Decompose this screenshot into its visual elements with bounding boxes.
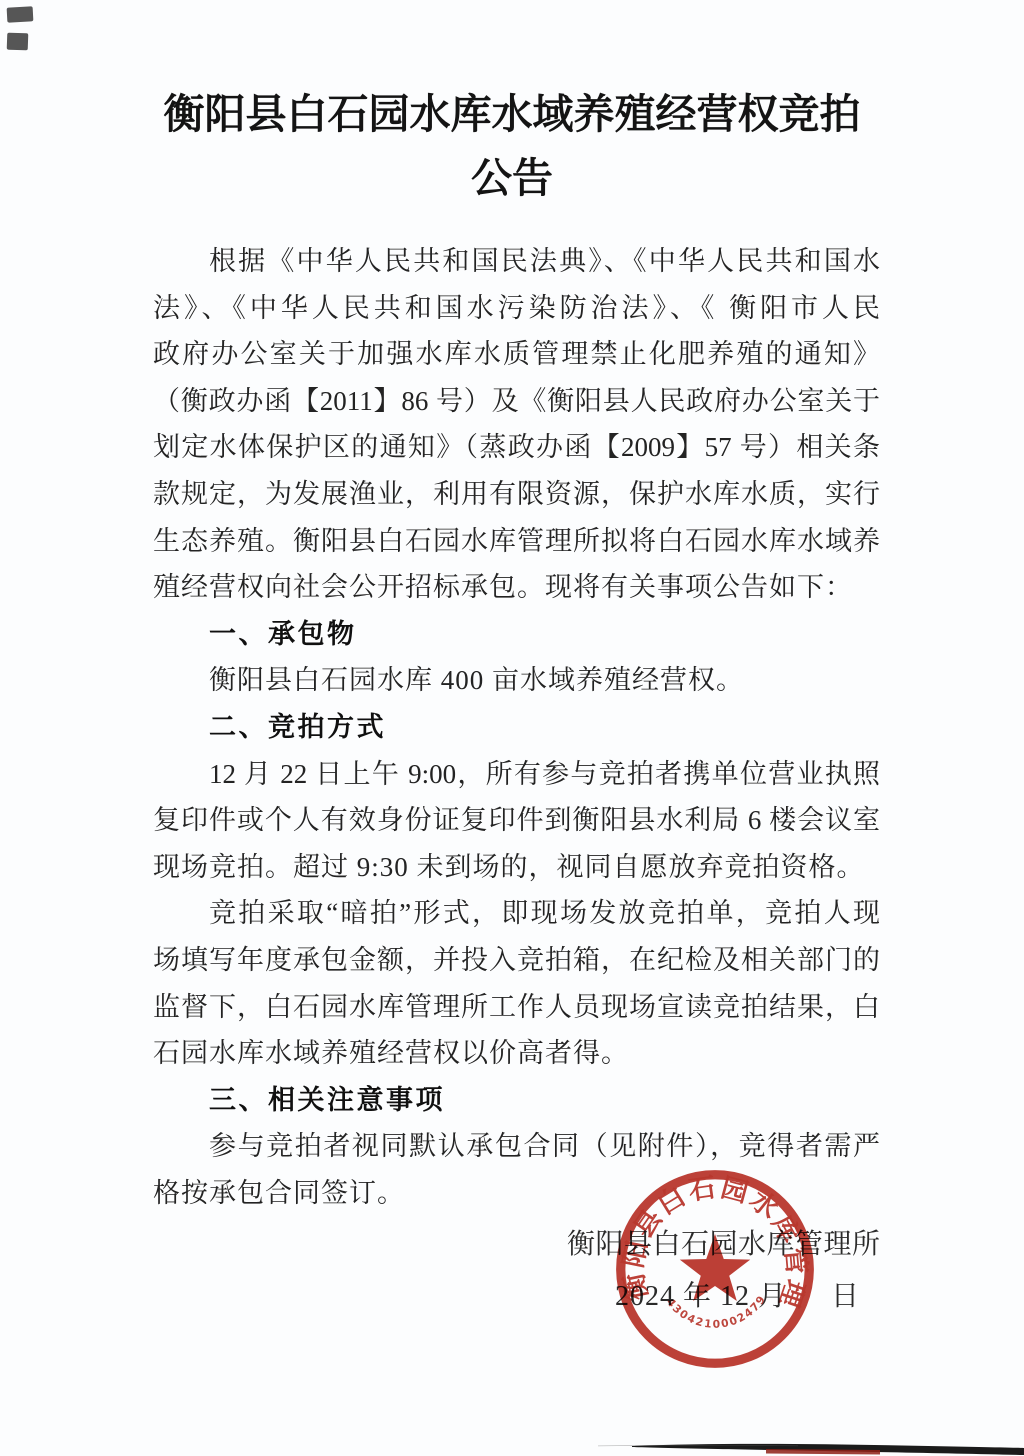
date-line: 2024 年 12 月 日 [615,1274,860,1314]
document-page: 衡阳县白石园水库水域养殖经营权竞拍 公告 根据《中华人民共和国民法典》、《中华人… [0,0,1024,1456]
date-suffix: 日 [831,1274,860,1314]
signature-line: 衡阳县白石园水库管理所 [567,1222,881,1262]
text-line: （衡政办函【2011】86 号）及《衡阳县人民政府办公室关于 [153,378,880,425]
text-line: 款规定，为发展渔业，利用有限资源，保护水库水质，实行 [153,471,880,518]
section-heading: 一、承包物 [153,611,880,658]
text-line: 石园水库水域养殖经营权以价高者得。 [153,1030,880,1077]
text-line: 根据《中华人民共和国民法典》、《中华人民共和国水 [153,238,880,285]
page-title: 衡阳县白石园水库水域养殖经营权竞拍 公告 [0,82,1024,210]
text-line: 竞拍采取“暗拍”形式，即现场发放竞拍单，竞拍人现 [153,890,880,937]
text-line: 现场竞拍。超过 9:30 未到场的，视同自愿放弃竞拍资格。 [153,844,880,891]
text-line: 12 月 22 日上午 9:00，所有参与竞拍者携单位营业执照 [153,751,880,798]
text-line: 殖经营权向社会公开招标承包。现将有关事项公告如下： [153,564,880,611]
text-line: 生态养殖。衡阳县白石园水库管理所拟将白石园水库水域养 [153,518,880,565]
title-line-1: 衡阳县白石园水库水域养殖经营权竞拍 [0,82,1024,146]
scan-artifact-mark [7,6,34,22]
section-heading: 二、竞拍方式 [153,704,880,751]
text-line: 场填写年度承包金额，并投入竞拍箱，在纪检及相关部门的 [153,937,880,984]
text-line: 划定水体保护区的通知》（蒸政办函【2009】57 号）相关条 [153,424,880,471]
scan-artifact-mark [7,33,29,51]
date-prefix: 2024 年 12 月 [615,1274,787,1314]
text-line: 法》、《中华人民共和国水污染防治法》、《 衡阳市人民 [153,285,880,332]
text-line: 政府办公室关于加强水库水质管理禁止化肥养殖的通知》 [153,331,880,378]
text-line: 格按承包合同签订。 [153,1170,880,1217]
scan-artifact-streak [598,1436,1024,1456]
text-line: 复印件或个人有效身份证复印件到衡阳县水利局 6 楼会议室 [153,797,880,844]
text-line: 衡阳县白石园水库 400 亩水域养殖经营权。 [153,657,880,704]
title-line-2: 公告 [0,146,1024,210]
text-line: 监督下，白石园水库管理所工作人员现场宣读竞拍结果，白 [153,984,880,1031]
text-line: 参与竞拍者视同默认承包合同（见附件），竞得者需严 [153,1123,880,1170]
section-heading: 三、相关注意事项 [153,1077,880,1124]
document-body: 根据《中华人民共和国民法典》、《中华人民共和国水法》、《中华人民共和国水污染防治… [153,238,880,1216]
